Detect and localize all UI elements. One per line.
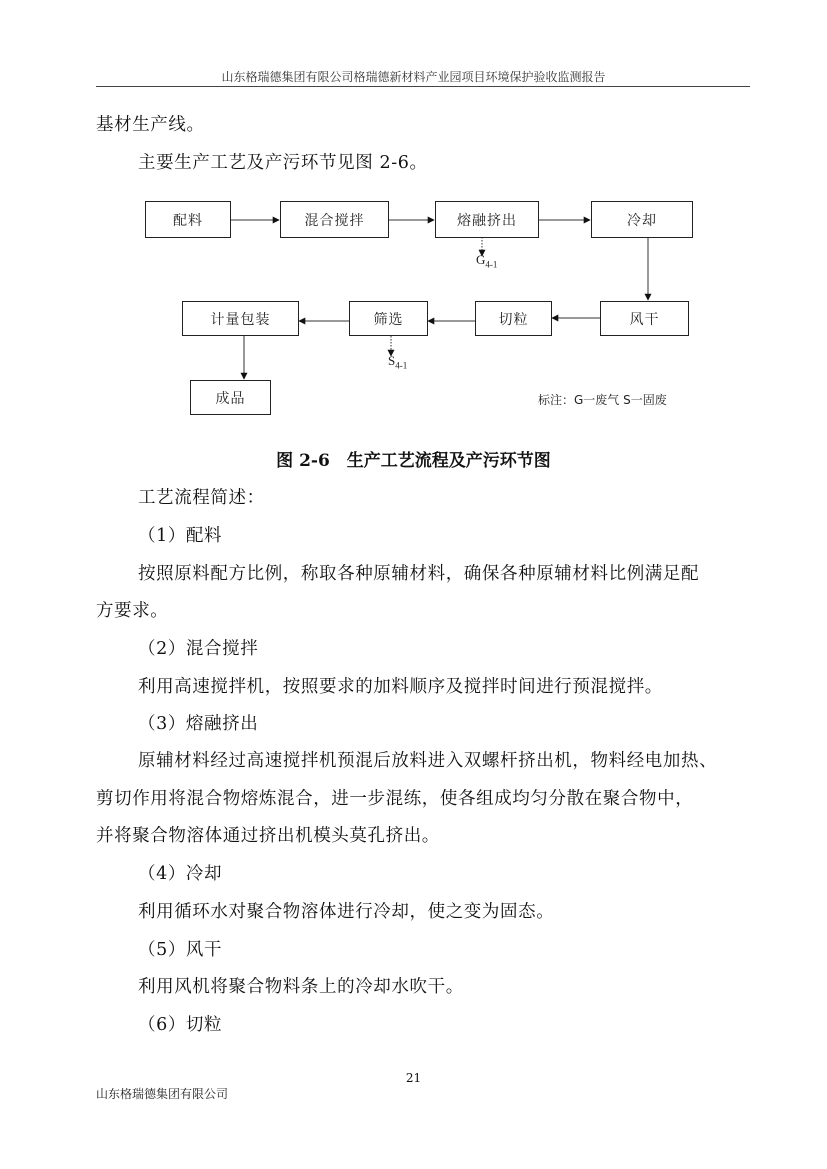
section-3-text-cont2: 并将聚合物溶体通过挤出机模头莫孔挤出。: [96, 822, 440, 847]
section-heading-3: （3）熔融挤出: [138, 710, 258, 735]
flowchart-legend: 标注：G一废气 S一固废: [538, 391, 667, 408]
page-number: 21: [0, 1071, 827, 1085]
flow-box-qieli: 切粒: [475, 301, 552, 336]
flow-box-hunhe: 混合搅拌: [280, 201, 389, 238]
flowchart-connectors: [0, 0, 827, 440]
flow-box-rongrong: 熔融挤出: [435, 201, 539, 238]
emission-label-solid: S4-1: [388, 353, 407, 371]
section-heading-4: （4）冷却: [138, 860, 222, 885]
flow-box-shaixuan: 筛选: [349, 301, 428, 336]
flow-box-fenggan: 风干: [600, 301, 689, 336]
section-heading-1: （1）配料: [138, 522, 222, 547]
section-3-text: 原辅材料经过高速搅拌机预混后放料进入双螺杆挤出机，物料经电加热、: [138, 747, 717, 772]
section-heading-2: （2）混合搅拌: [138, 635, 258, 660]
section-heading-6: （6）切粒: [138, 1011, 222, 1036]
footer-company: 山东格瑞德集团有限公司: [96, 1085, 228, 1102]
emission-label-gas: G4-1: [476, 252, 497, 270]
flow-box-chengpin: 成品: [190, 380, 271, 415]
section-intro: 工艺流程简述：: [138, 484, 265, 509]
figure-caption: 图 2-6 生产工艺流程及产污环节图: [0, 446, 827, 471]
section-heading-5: （5）风干: [138, 936, 222, 961]
flow-box-baozhuang: 计量包装: [182, 301, 299, 336]
flow-box-lengque: 冷却: [591, 201, 693, 238]
flow-box-peiliao: 配料: [145, 201, 231, 238]
section-5-text: 利用风机将聚合物料条上的冷却水吹干。: [138, 973, 464, 998]
section-2-text: 利用高速搅拌机，按照要求的加料顺序及搅拌时间进行预混搅拌。: [138, 673, 663, 698]
section-1-text-cont: 方要求。: [96, 597, 168, 622]
section-3-text-cont1: 剪切作用将混合物熔炼混合，进一步混练，使各组成均匀分散在聚合物中，: [96, 785, 693, 810]
section-1-text: 按照原料配方比例，称取各种原辅材料，确保各种原辅材料比例满足配: [138, 560, 699, 585]
section-4-text: 利用循环水对聚合物溶体进行冷却，使之变为固态。: [138, 898, 554, 923]
